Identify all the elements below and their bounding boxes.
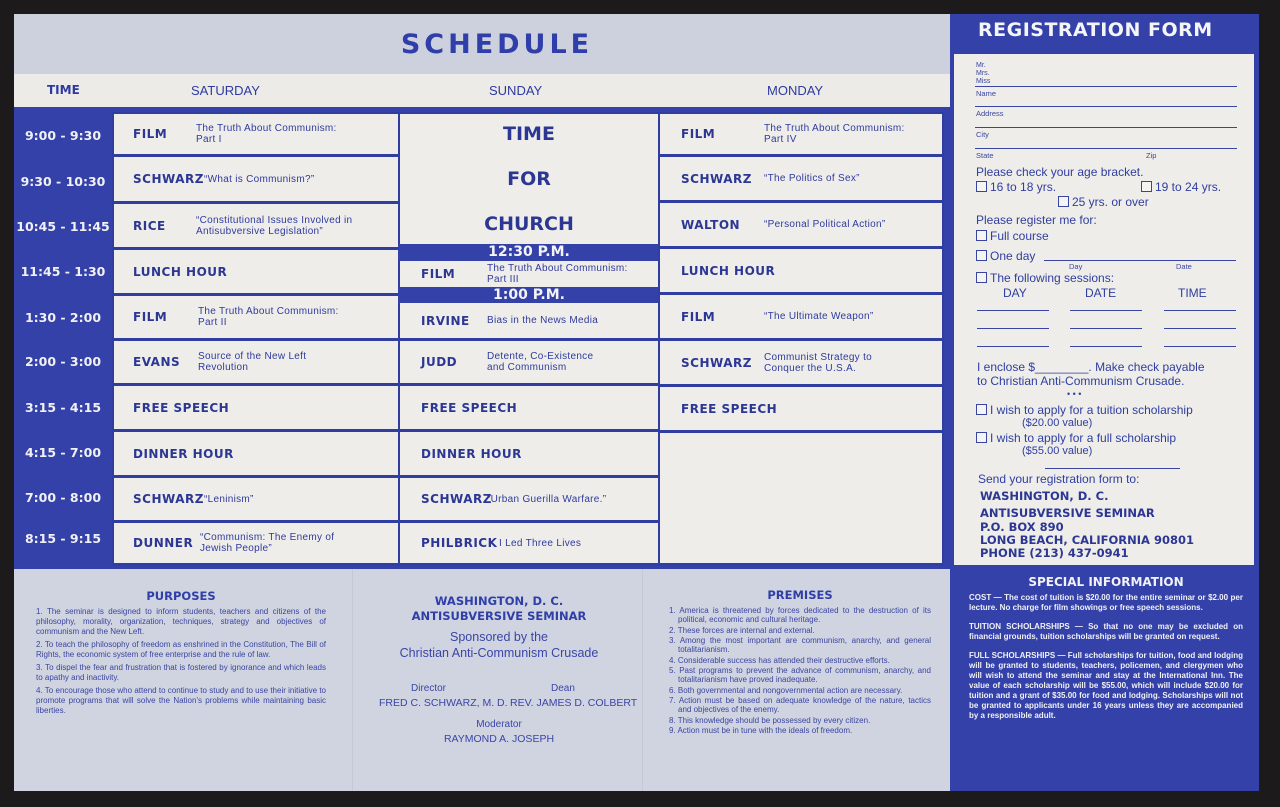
purposes-section: PURPOSES 1. The seminar is designed to i…	[36, 591, 326, 719]
mail-address-line: WASHINGTON, D. C.	[980, 489, 1108, 503]
session-title: “Urban Guerilla Warfare.”	[487, 494, 606, 505]
speaker: FILM	[660, 127, 764, 141]
session-cell: DUNNER“Communism: The Enemy of Jewish Pe…	[114, 523, 398, 563]
session-cell: DINNER HOUR	[400, 432, 658, 475]
register-prompt: Please register me for:	[976, 213, 1097, 227]
speaker: LUNCH HOUR	[114, 265, 227, 279]
premises-section: PREMISES 1. America is threatened by for…	[669, 591, 931, 737]
checkbox[interactable]	[976, 250, 987, 261]
registration-panel: REGISTRATION FORM Mr. Mrs. Miss Name Add…	[950, 14, 1259, 569]
session-cell: EVANSSource of the New Left Revolution	[114, 341, 398, 383]
session-cell: FILMThe Truth About Communism: Part I	[114, 114, 398, 154]
session-day-field[interactable]	[977, 310, 1049, 311]
header-saturday: SATURDAY	[191, 83, 260, 98]
session-title: The Truth About Communism: Part I	[196, 123, 356, 145]
city-field[interactable]	[975, 118, 1237, 128]
session-title: The Truth About Communism: Part II	[198, 306, 358, 328]
speaker: SCHWARZ	[660, 356, 764, 370]
premise-item: 1. America is threatened by forces dedic…	[669, 606, 931, 624]
speaker: RICE	[114, 219, 196, 233]
session-cell: FREE SPEECH	[114, 386, 398, 429]
checkbox[interactable]	[976, 181, 987, 192]
speaker: FREE SPEECH	[400, 401, 517, 415]
speaker: FILM	[114, 127, 196, 141]
full-value: ($55.00 value)	[1022, 445, 1092, 457]
speaker: DINNER HOUR	[114, 447, 234, 461]
special-information: SPECIAL INFORMATION COST — The cost of t…	[950, 569, 1259, 791]
time-slot: 2:00 - 3:00	[14, 354, 112, 369]
session-title: “The Ultimate Weapon”	[764, 311, 874, 322]
session-cell: FILMThe Truth About Communism: Part II	[114, 296, 398, 338]
session-title: Detente, Co-Existence and Communism	[487, 351, 607, 373]
premise-item: 9. Action must be in tune with the ideal…	[669, 726, 931, 735]
full-scholarship-info: FULL SCHOLARSHIPS — Full scholarships fo…	[969, 651, 1243, 721]
premise-item: 5. Past programs to prevent the advance …	[669, 666, 931, 684]
session-cell: SCHWARZ“The Politics of Sex”	[660, 157, 942, 200]
address-label: Address	[976, 109, 1004, 118]
session-title: “What is Communism?”	[204, 174, 314, 185]
time-band-1230: 12:30 P.M.	[398, 244, 660, 261]
time-slot: 7:00 - 8:00	[14, 490, 112, 505]
session-time-field[interactable]	[1164, 328, 1236, 329]
mail-address-line: PHONE (213) 437-0941	[980, 546, 1129, 560]
city-label: City	[976, 130, 989, 139]
day-label: Day	[1069, 262, 1082, 271]
schedule-grid: 9:00 - 9:30 9:30 - 10:30 10:45 - 11:45 1…	[14, 107, 950, 569]
checkbox[interactable]	[976, 432, 987, 443]
session-title: “Communism: The Enemy of Jewish People”	[200, 532, 355, 554]
speaker: SCHWARZ	[114, 492, 204, 506]
speaker: EVANS	[114, 355, 198, 369]
seminar-info: WASHINGTON, D. C. ANTISUBVERSIVE SEMINAR…	[359, 594, 639, 745]
session-cell: LUNCH HOUR	[660, 249, 942, 292]
church-line: FOR	[400, 168, 658, 190]
zip-label: Zip	[1146, 151, 1156, 160]
state-zip-field[interactable]	[975, 139, 1237, 149]
send-to-label: Send your registration form to:	[978, 472, 1139, 486]
divider-dots: • • •	[1067, 389, 1081, 399]
speaker: WALTON	[660, 218, 764, 232]
checkbox[interactable]	[1141, 181, 1152, 192]
session-cell: FREE SPEECH	[400, 386, 658, 429]
church-block: TIME FOR CHURCH	[400, 114, 658, 244]
divider-line	[1045, 468, 1180, 469]
monday-column: FILMThe Truth About Communism: Part IV S…	[658, 112, 944, 566]
premise-item: 6. Both governmental and nongovernmental…	[669, 686, 931, 695]
option-label: I wish to apply for a full scholarship	[990, 431, 1176, 445]
age-prompt: Please check your age bracket.	[976, 165, 1143, 179]
session-date-field[interactable]	[1070, 328, 1142, 329]
day-header-row: TIME SATURDAY SUNDAY MONDAY	[14, 74, 950, 107]
time-slot: 10:45 - 11:45	[14, 219, 112, 234]
one-day-field[interactable]	[1044, 260, 1236, 261]
age-16-18-option[interactable]: 16 to 18 yrs.	[976, 180, 1056, 194]
option-label: 25 yrs. or over	[1072, 195, 1149, 209]
header-sunday: SUNDAY	[489, 83, 542, 98]
speaker: LUNCH HOUR	[660, 264, 775, 278]
time-slot: 3:15 - 4:15	[14, 400, 112, 415]
speaker: FILM	[114, 310, 198, 324]
sunday-column: TIME FOR CHURCH 12:30 P.M. FILMThe Truth…	[398, 112, 660, 566]
purpose-item: 2. To teach the philosophy of freedom as…	[36, 640, 326, 660]
registration-form: Mr. Mrs. Miss Name Address City State Zi…	[954, 54, 1254, 565]
sponsored-line2: Christian Anti-Communism Crusade	[359, 645, 639, 661]
session-title: The Truth About Communism: Part III	[487, 263, 647, 285]
seminar-org-line2: ANTISUBVERSIVE SEMINAR	[359, 609, 639, 624]
tuition-scholarship-option[interactable]: I wish to apply for a tuition scholarshi…	[976, 403, 1193, 417]
session-title: “The Politics of Sex”	[764, 173, 860, 184]
cost-info: COST — The cost of tuition is $20.00 for…	[969, 593, 1243, 613]
info-panels: PURPOSES 1. The seminar is designed to i…	[14, 569, 950, 791]
speaker: DINNER HOUR	[400, 447, 522, 461]
seminar-org-line1: WASHINGTON, D. C.	[359, 594, 639, 609]
date-label: Date	[1176, 262, 1192, 271]
purpose-item: 1. The seminar is designed to inform stu…	[36, 607, 326, 637]
tuition-value: ($20.00 value)	[1022, 417, 1092, 429]
session-cell: FREE SPEECH	[660, 387, 942, 430]
premise-item: 2. These forces are internal and externa…	[669, 626, 931, 635]
session-title: “Constitutional Issues Involved in Antis…	[196, 215, 361, 237]
option-label: Full course	[990, 229, 1049, 243]
fold-line	[642, 569, 643, 791]
session-title: Bias in the News Media	[487, 315, 598, 326]
full-course-option[interactable]: Full course	[976, 229, 1049, 243]
header-time: TIME	[47, 83, 80, 97]
time-slot: 4:15 - 7:00	[14, 445, 112, 460]
time-slot: 8:15 - 9:15	[14, 531, 112, 546]
session-title: I Led Three Lives	[499, 538, 581, 549]
option-label: One day	[990, 249, 1035, 263]
mail-address-line: ANTISUBVERSIVE SEMINAR	[980, 506, 1155, 520]
name-field[interactable]	[975, 77, 1237, 87]
speaker: SCHWARZ	[400, 492, 487, 506]
session-time-field[interactable]	[1164, 310, 1236, 311]
session-title: “Leninism”	[204, 494, 254, 505]
age-19-24-option[interactable]: 19 to 24 yrs.	[1141, 180, 1221, 194]
salutation-mr: Mr.	[976, 62, 986, 70]
session-cell: SCHWARZ“What is Communism?”	[114, 157, 398, 201]
schedule-title-band: SCHEDULE	[14, 14, 950, 74]
session-title: Communist Strategy to Conquer the U.S.A.	[764, 352, 884, 374]
session-day-field[interactable]	[977, 328, 1049, 329]
session-cell: DINNER HOUR	[114, 432, 398, 475]
time-slot: 11:45 - 1:30	[14, 264, 112, 279]
checkbox[interactable]	[1058, 196, 1069, 207]
tuition-info: TUITION SCHOLARSHIPS — So that no one ma…	[969, 622, 1243, 642]
enclose-line1: I enclose $________. Make check payable	[977, 360, 1205, 374]
registration-title: REGISTRATION FORM	[950, 14, 1259, 54]
special-heading: SPECIAL INFORMATION	[969, 575, 1243, 589]
session-cell: FILM“The Ultimate Weapon”	[660, 295, 942, 338]
option-label: 16 to 18 yrs.	[990, 180, 1056, 194]
premises-heading: PREMISES	[669, 591, 931, 600]
session-time-field[interactable]	[1164, 346, 1236, 347]
session-title: The Truth About Communism: Part IV	[764, 123, 924, 145]
session-cell: FILMThe Truth About Communism: Part IV	[660, 114, 942, 154]
state-label: State	[976, 151, 994, 160]
speaker: SCHWARZ	[114, 172, 204, 186]
enclose-line2: to Christian Anti-Communism Crusade.	[977, 374, 1184, 388]
speaker: PHILBRICK	[400, 536, 499, 550]
mail-address-line: P.O. BOX 890	[980, 520, 1064, 534]
age-25-over-option[interactable]: 25 yrs. or over	[1058, 195, 1149, 209]
premise-item: 8. This knowledge should be possessed by…	[669, 716, 931, 725]
session-cell: LUNCH HOUR	[114, 250, 398, 293]
dean-label: Dean	[551, 683, 575, 694]
address-field[interactable]	[975, 97, 1237, 107]
session-cell: PHILBRICKI Led Three Lives	[400, 523, 658, 563]
speaker: DUNNER	[114, 536, 200, 550]
speaker: FREE SPEECH	[660, 402, 777, 416]
speaker: FREE SPEECH	[114, 401, 229, 415]
purpose-item: 4. To encourage those who attend to cont…	[36, 686, 326, 716]
speaker: IRVINE	[400, 314, 487, 328]
dean-name: REV. JAMES D. COLBERT	[510, 697, 637, 709]
speaker: FILM	[660, 310, 764, 324]
schedule-title: SCHEDULE	[401, 29, 593, 60]
moderator-name: RAYMOND A. JOSEPH	[359, 733, 639, 745]
session-cell: SCHWARZCommunist Strategy to Conquer the…	[660, 341, 942, 384]
premise-item: 4. Considerable success has attended the…	[669, 656, 931, 665]
sessions-option[interactable]: The following sessions:	[976, 271, 1114, 285]
option-label: The following sessions:	[990, 271, 1114, 285]
session-cell: SCHWARZ“Urban Guerilla Warfare.”	[400, 478, 658, 520]
sponsored-line1: Sponsored by the	[359, 629, 639, 645]
church-line: CHURCH	[400, 213, 658, 235]
time-slot: 1:30 - 2:00	[14, 310, 112, 325]
option-label: 19 to 24 yrs.	[1155, 180, 1221, 194]
full-scholarship-option[interactable]: I wish to apply for a full scholarship	[976, 431, 1176, 445]
session-col-day: DAY	[1003, 286, 1027, 300]
time-slot: 9:30 - 10:30	[14, 174, 112, 189]
officers: Director Dean FRED C. SCHWARZ, M. D. REV…	[359, 683, 639, 721]
option-label: I wish to apply for a tuition scholarshi…	[990, 403, 1193, 417]
session-col-date: DATE	[1085, 286, 1116, 300]
fold-line	[352, 569, 353, 791]
director-label: Director	[411, 683, 446, 694]
session-cell: SCHWARZ“Leninism”	[114, 478, 398, 520]
header-monday: MONDAY	[767, 83, 823, 98]
brochure-sheet: SCHEDULE TIME SATURDAY SUNDAY MONDAY 9:0…	[14, 14, 1259, 791]
checkbox[interactable]	[976, 404, 987, 415]
speaker: FILM	[400, 267, 487, 281]
time-column: 9:00 - 9:30 9:30 - 10:30 10:45 - 11:45 1…	[14, 107, 112, 569]
empty-cell	[660, 433, 942, 563]
session-cell: JUDDDetente, Co-Existence and Communism	[400, 341, 658, 383]
checkbox[interactable]	[976, 272, 987, 283]
saturday-column: FILMThe Truth About Communism: Part I SC…	[112, 112, 400, 566]
session-date-field[interactable]	[1070, 310, 1142, 311]
purposes-heading: PURPOSES	[36, 591, 326, 601]
session-date-field[interactable]	[1070, 346, 1142, 347]
checkbox[interactable]	[976, 230, 987, 241]
mail-address-line: LONG BEACH, CALIFORNIA 90801	[980, 533, 1194, 547]
session-title: “Personal Political Action”	[764, 219, 885, 230]
one-day-option[interactable]: One day	[976, 249, 1035, 263]
session-day-field[interactable]	[977, 346, 1049, 347]
session-cell: IRVINEBias in the News Media	[400, 303, 658, 338]
premise-item: 3. Among the most important are communis…	[669, 636, 931, 654]
session-cell: RICE“Constitutional Issues Involved in A…	[114, 204, 398, 247]
time-band-100: 1:00 P.M.	[398, 287, 660, 303]
session-title: Source of the New Left Revolution	[198, 351, 308, 373]
session-cell: FILMThe Truth About Communism: Part III	[400, 261, 658, 287]
speaker: JUDD	[400, 355, 487, 369]
premise-item: 7. Action must be based on adequate know…	[669, 696, 931, 714]
session-cell: WALTON“Personal Political Action”	[660, 203, 942, 246]
purpose-item: 3. To dispel the fear and frustration th…	[36, 663, 326, 683]
time-slot: 9:00 - 9:30	[14, 128, 112, 143]
director-name: FRED C. SCHWARZ, M. D.	[379, 697, 508, 709]
session-col-time: TIME	[1178, 286, 1207, 300]
speaker: SCHWARZ	[660, 172, 764, 186]
church-line: TIME	[400, 123, 658, 145]
